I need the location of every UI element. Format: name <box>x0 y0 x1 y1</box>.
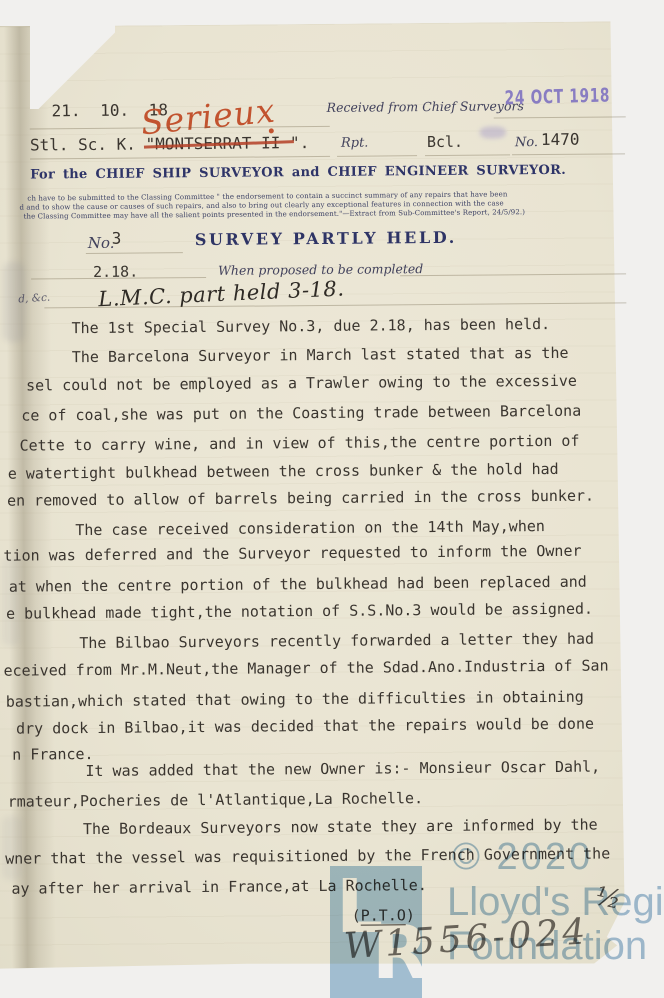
addressee-line: For the CHIEF SHIP SURVEYOR and CHIEF EN… <box>30 163 566 183</box>
form-rule <box>494 116 626 118</box>
proposed-completion-label: When proposed to be completed <box>218 261 423 278</box>
typed-line: rmateur,Pocheries de l'Atlantique,La Roc… <box>8 789 424 811</box>
ship-name-struck: "MONTSERRAT II ". <box>145 133 309 153</box>
typed-line: eceived from Mr.M.Neut,the Manager of th… <box>3 656 608 679</box>
form-rule <box>400 273 626 276</box>
typed-line: ay after her arrival in France,at La Roc… <box>11 876 427 898</box>
form-rule <box>337 155 417 157</box>
typed-line: e bulkhead made tight,the notation of S.… <box>6 600 593 623</box>
pencil-fraction: ½ <box>593 881 624 915</box>
typed-line: bastian,which stated that owing to the d… <box>6 688 584 711</box>
form-rule <box>425 154 510 156</box>
typed-line: dry dock in Bilbao,it was decided that t… <box>16 715 594 738</box>
report-no-label: No. <box>515 135 538 150</box>
typed-line: e watertight bulkhead between the cross … <box>8 460 559 483</box>
typed-line: ce of coal,she was put on the Coasting t… <box>21 402 581 425</box>
date-received-stamp: 24 OCT 1918 <box>504 84 610 109</box>
document-content: 21. 10. 18 Serieux Received from Chief S… <box>0 0 664 998</box>
typed-line: en removed to allow of barrels being car… <box>7 487 594 510</box>
form-rule <box>86 252 183 254</box>
survey-no-label: No. <box>88 234 115 252</box>
survey-title: SURVEY PARTLY HELD. <box>195 228 457 249</box>
survey-no-value: 3 <box>112 229 122 248</box>
typed-line: The Barcelona Surveyor in March last sta… <box>72 344 569 366</box>
typed-line: The case received consideration on the 1… <box>75 517 545 539</box>
form-rule <box>30 156 330 160</box>
typed-line: The Bilbao Surveyors recently forwarded … <box>79 630 594 652</box>
ship-type-prefix: Stl. Sc. K. <box>30 135 146 155</box>
margin-fragment: d, &c. <box>18 292 51 306</box>
rpt-label: Rpt. <box>341 136 369 151</box>
report-number: 1470 <box>541 130 580 149</box>
typed-line: at when the centre portion of the bulkhe… <box>9 573 587 596</box>
typed-line: wner that the vessel was requisitioned b… <box>5 844 610 867</box>
typed-line: The 1st Special Survey No.3, due 2.18, h… <box>71 315 550 337</box>
stamp-smudge <box>480 126 506 138</box>
bcl-label: Bcl. <box>427 133 463 151</box>
typed-line: n France. <box>12 745 93 764</box>
typed-line: sel could not be employed as a Trawler o… <box>26 372 577 395</box>
typed-line: Cette to carry wine, and in view of this… <box>19 432 579 455</box>
form-rule <box>512 153 625 155</box>
typed-line: tion was deferred and the Surveyor reque… <box>3 542 581 565</box>
scanned-survey-report: { "colors":{ "paper":"#e9e4d2","backgrou… <box>0 0 664 998</box>
ship-description-line: Stl. Sc. K. "MONTSERRAT II ". <box>30 133 310 154</box>
typed-line: The Bordeaux Surveyors now state they ar… <box>83 816 598 838</box>
received-from-label: Received from Chief Surveyors <box>327 98 524 115</box>
typed-line: It was added that the new Owner is:- Mon… <box>85 758 600 780</box>
